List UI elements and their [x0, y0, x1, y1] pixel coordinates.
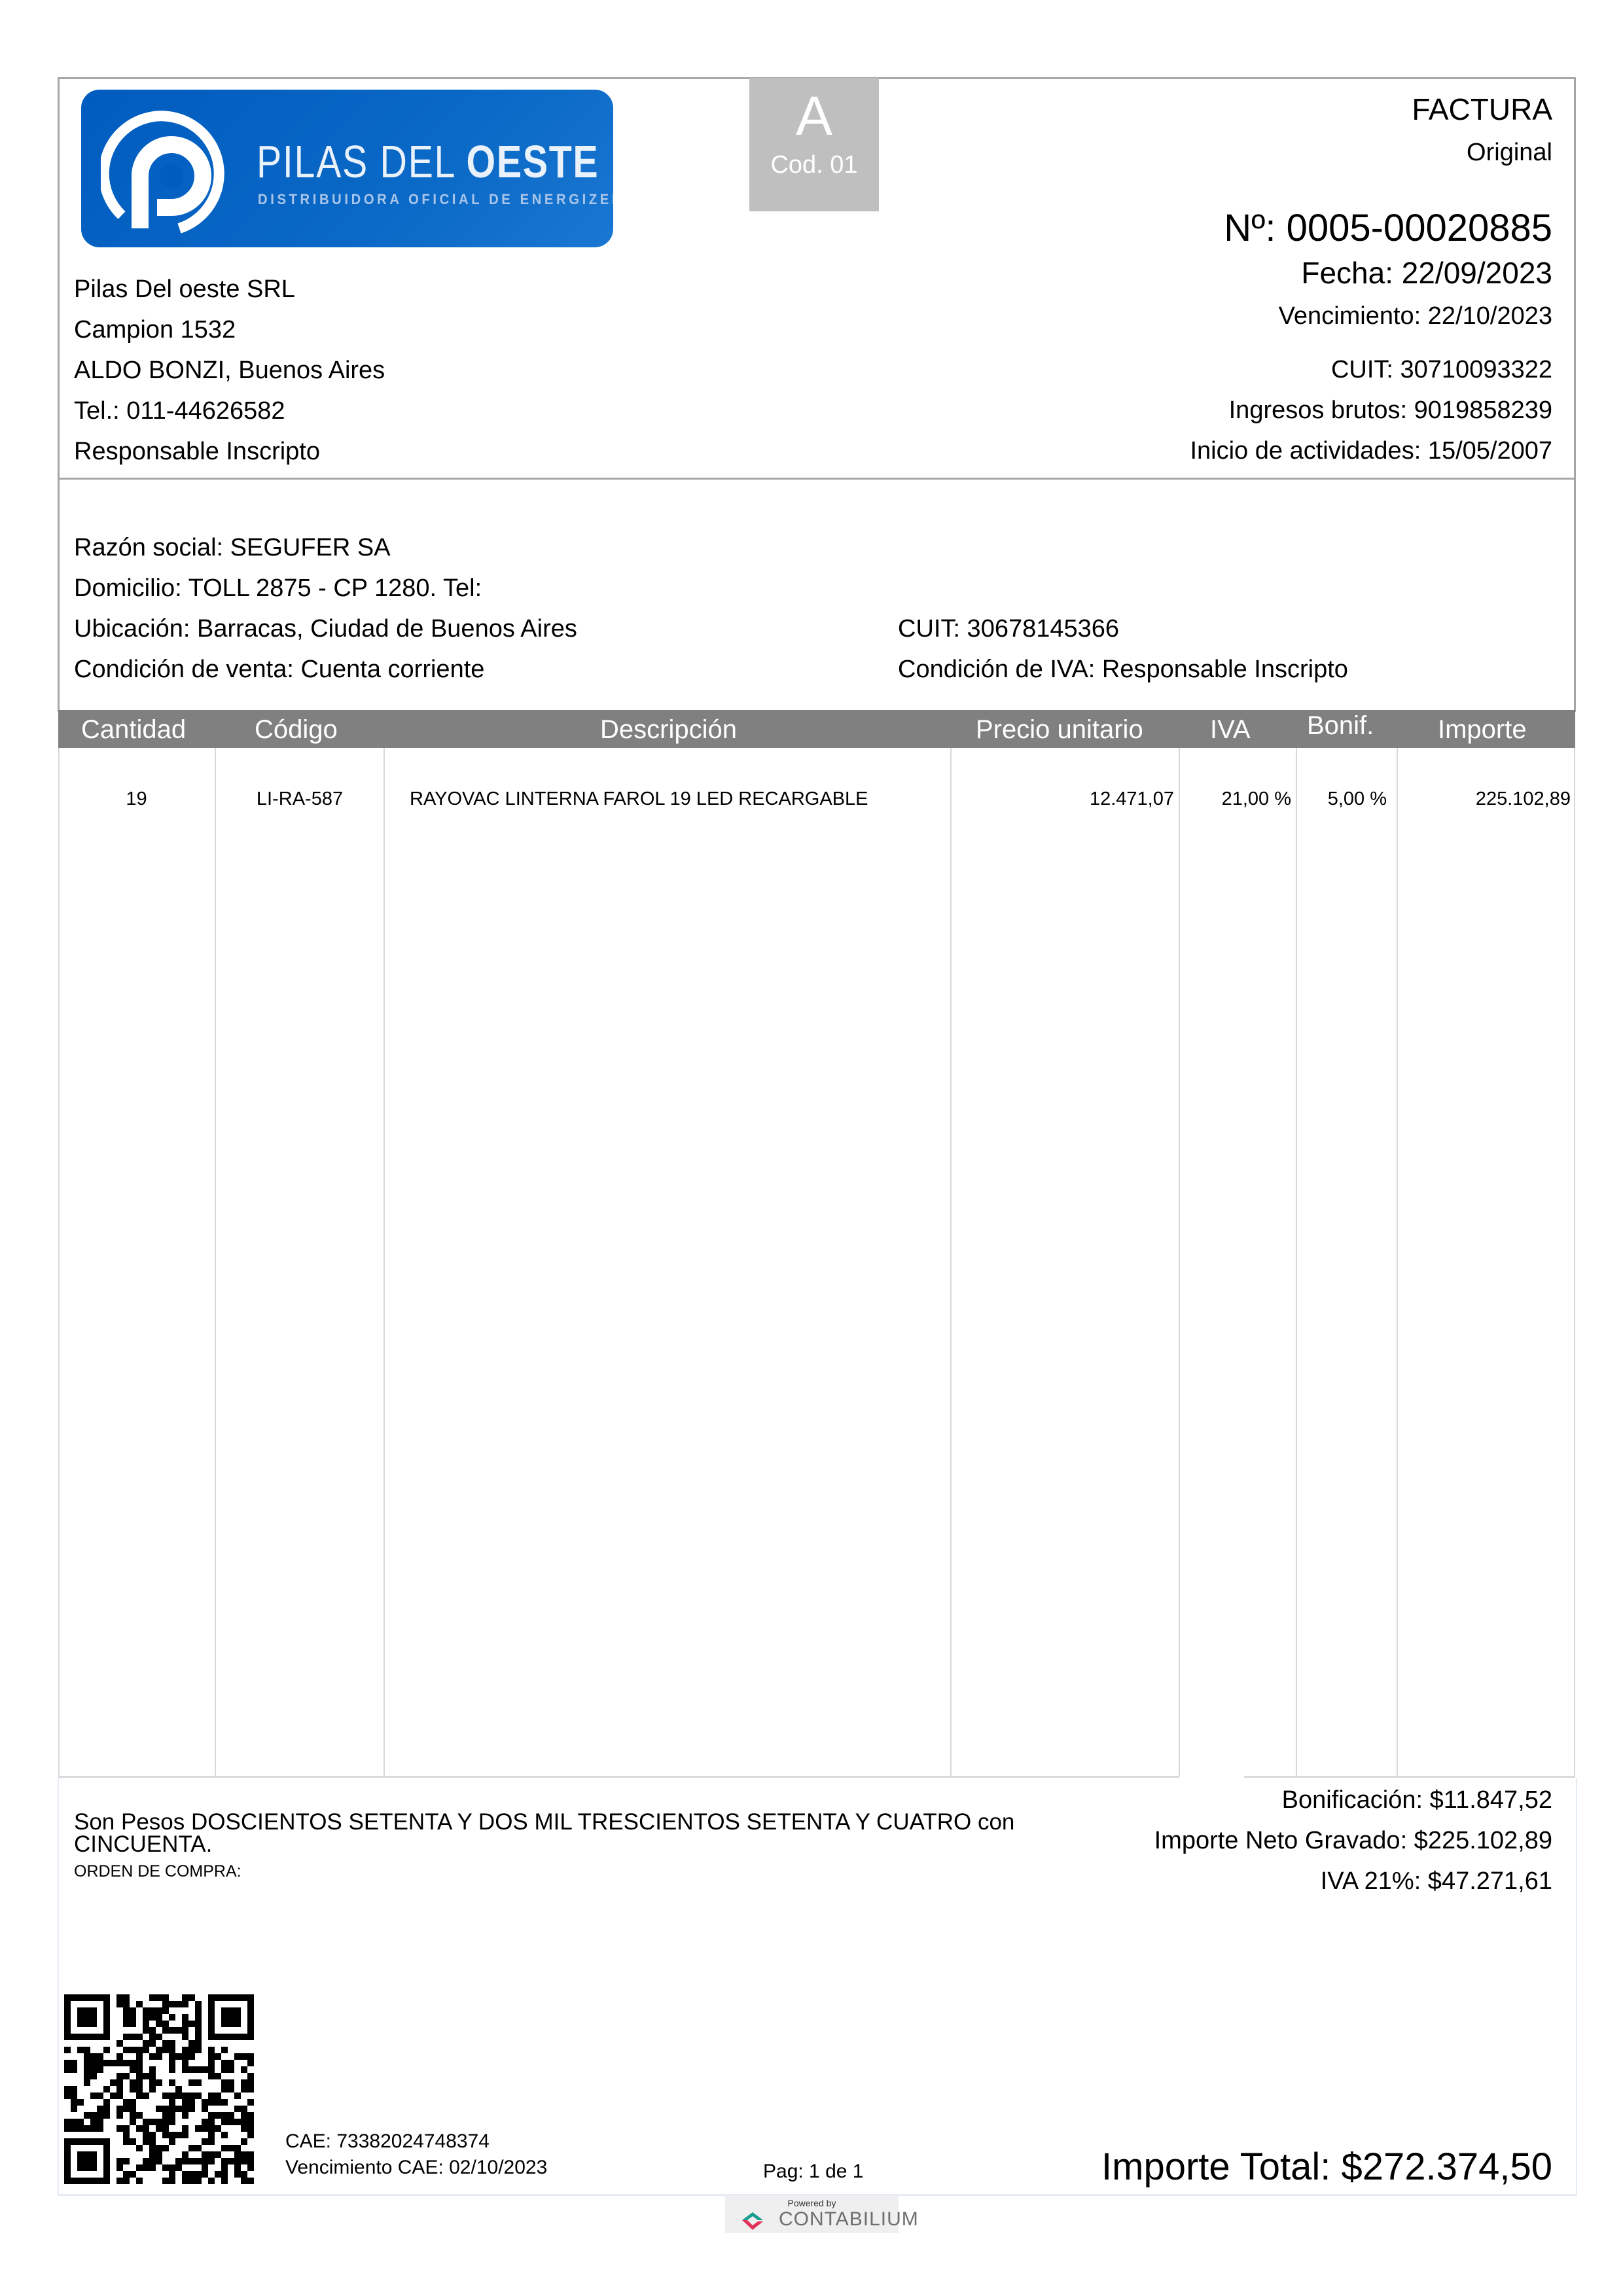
powered-by-name: CONTABILIUM — [779, 2208, 919, 2231]
purchase-order: ORDEN DE COMPRA: — [74, 1862, 241, 1881]
col-iva: IVA — [1210, 715, 1251, 745]
seller-gross-income: Ingresos brutos: 9019858239 — [1229, 397, 1552, 425]
amount-in-words: Son Pesos DOSCIENTOS SETENTA Y DOS MIL T… — [74, 1811, 1014, 1856]
client-iva-condition: Condición de IVA: Responsable Inscripto — [898, 655, 1348, 684]
company-logo: PILAS DEL OESTE DISTRIBUIDORA OFICIAL DE… — [81, 90, 613, 247]
table-right-border — [1574, 748, 1575, 1776]
col-divider — [950, 748, 952, 1776]
items-table-header: Cantidad Código Descripción Precio unita… — [58, 710, 1575, 748]
col-code: Código — [255, 715, 338, 745]
cae-number: CAE: 73382024748374 — [285, 2130, 490, 2153]
col-divider — [383, 748, 385, 1776]
client-address: Domicilio: TOLL 2875 - CP 1280. Tel: — [74, 574, 482, 603]
row-amount: 225.102,89 — [1398, 788, 1571, 810]
client-location: Ubicación: Barracas, Ciudad de Buenos Ai… — [74, 614, 577, 643]
powered-by-label: Powered by — [725, 2198, 899, 2208]
seller-name: Pilas Del oeste SRL — [74, 275, 295, 304]
doc-copy: Original — [1467, 139, 1552, 167]
net-taxed-amount: Importe Neto Gravado: $225.102,89 — [1154, 1827, 1552, 1855]
qr-code-icon — [64, 1994, 254, 2184]
row-iva: 21,00 % — [1180, 788, 1291, 810]
row-quantity: 19 — [58, 788, 215, 810]
invoice-type-box: A Cod. 01 — [749, 78, 879, 211]
invoice-date: Fecha: 22/09/2023 — [1301, 255, 1552, 291]
row-code: LI-RA-587 — [216, 788, 383, 810]
amount-in-words-line1: Son Pesos DOSCIENTOS SETENTA Y DOS MIL T… — [74, 1811, 1014, 1833]
client-sale-condition: Condición de venta: Cuenta corriente — [74, 655, 484, 684]
invoice-number: Nº: 0005-00020885 — [1224, 206, 1552, 250]
page-indicator: Pag: 1 de 1 — [763, 2161, 863, 2183]
client-cuit: CUIT: 30678145366 — [898, 614, 1119, 643]
pilas-p-logo-icon — [101, 104, 232, 235]
col-divider — [215, 748, 216, 1776]
cae-due-date: Vencimiento CAE: 02/10/2023 — [285, 2157, 547, 2179]
contabilium-logo-icon — [740, 2211, 768, 2231]
logo-tagline: DISTRIBUIDORA OFICIAL DE ENERGIZER — [258, 191, 613, 208]
table-left-border — [58, 748, 60, 1776]
col-description: Descripción — [600, 715, 737, 745]
seller-phone: Tel.: 011-44626582 — [74, 397, 285, 425]
seller-address: Campion 1532 — [74, 315, 236, 344]
col-divider — [1179, 748, 1180, 1776]
amount-in-words-line2: CINCUENTA. — [74, 1833, 1014, 1856]
logo-brand-text: PILAS DEL OESTE — [257, 135, 599, 188]
col-unit-price: Precio unitario — [976, 715, 1143, 745]
iva-21-amount: IVA 21%: $47.271,61 — [1321, 1867, 1552, 1896]
row-description: RAYOVAC LINTERNA FAROL 19 LED RECARGABLE — [410, 788, 868, 810]
powered-by-badge[interactable]: Powered by CONTABILIUM — [725, 2195, 899, 2233]
discount-total: Bonificación: $11.847,52 — [1282, 1786, 1552, 1814]
client-business-name: Razón social: SEGUFER SA — [74, 533, 391, 562]
col-quantity: Cantidad — [81, 715, 186, 745]
row-unit-price: 12.471,07 — [952, 788, 1174, 810]
col-divider — [1296, 748, 1297, 1776]
invoice-code: Cod. 01 — [749, 151, 879, 179]
seller-activity-start: Inicio de actividades: 15/05/2007 — [1190, 437, 1552, 465]
seller-city: ALDO BONZI, Buenos Aires — [74, 356, 385, 385]
col-discount: Bonif. — [1307, 711, 1374, 741]
col-divider — [1397, 748, 1398, 1776]
header-separator — [58, 478, 1576, 480]
invoice-letter: A — [749, 88, 879, 143]
seller-tax-condition: Responsable Inscripto — [74, 437, 320, 466]
frame-right-border — [1574, 77, 1576, 712]
seller-cuit: CUIT: 30710093322 — [1331, 356, 1552, 384]
invoice-due-date: Vencimiento: 22/10/2023 — [1279, 302, 1552, 330]
total-amount: Importe Total: $272.374,50 — [1101, 2145, 1552, 2189]
row-discount: 5,00 % — [1297, 788, 1387, 810]
frame-left-border — [58, 77, 60, 712]
col-amount: Importe — [1438, 715, 1527, 745]
doc-type: FACTURA — [1412, 92, 1552, 127]
